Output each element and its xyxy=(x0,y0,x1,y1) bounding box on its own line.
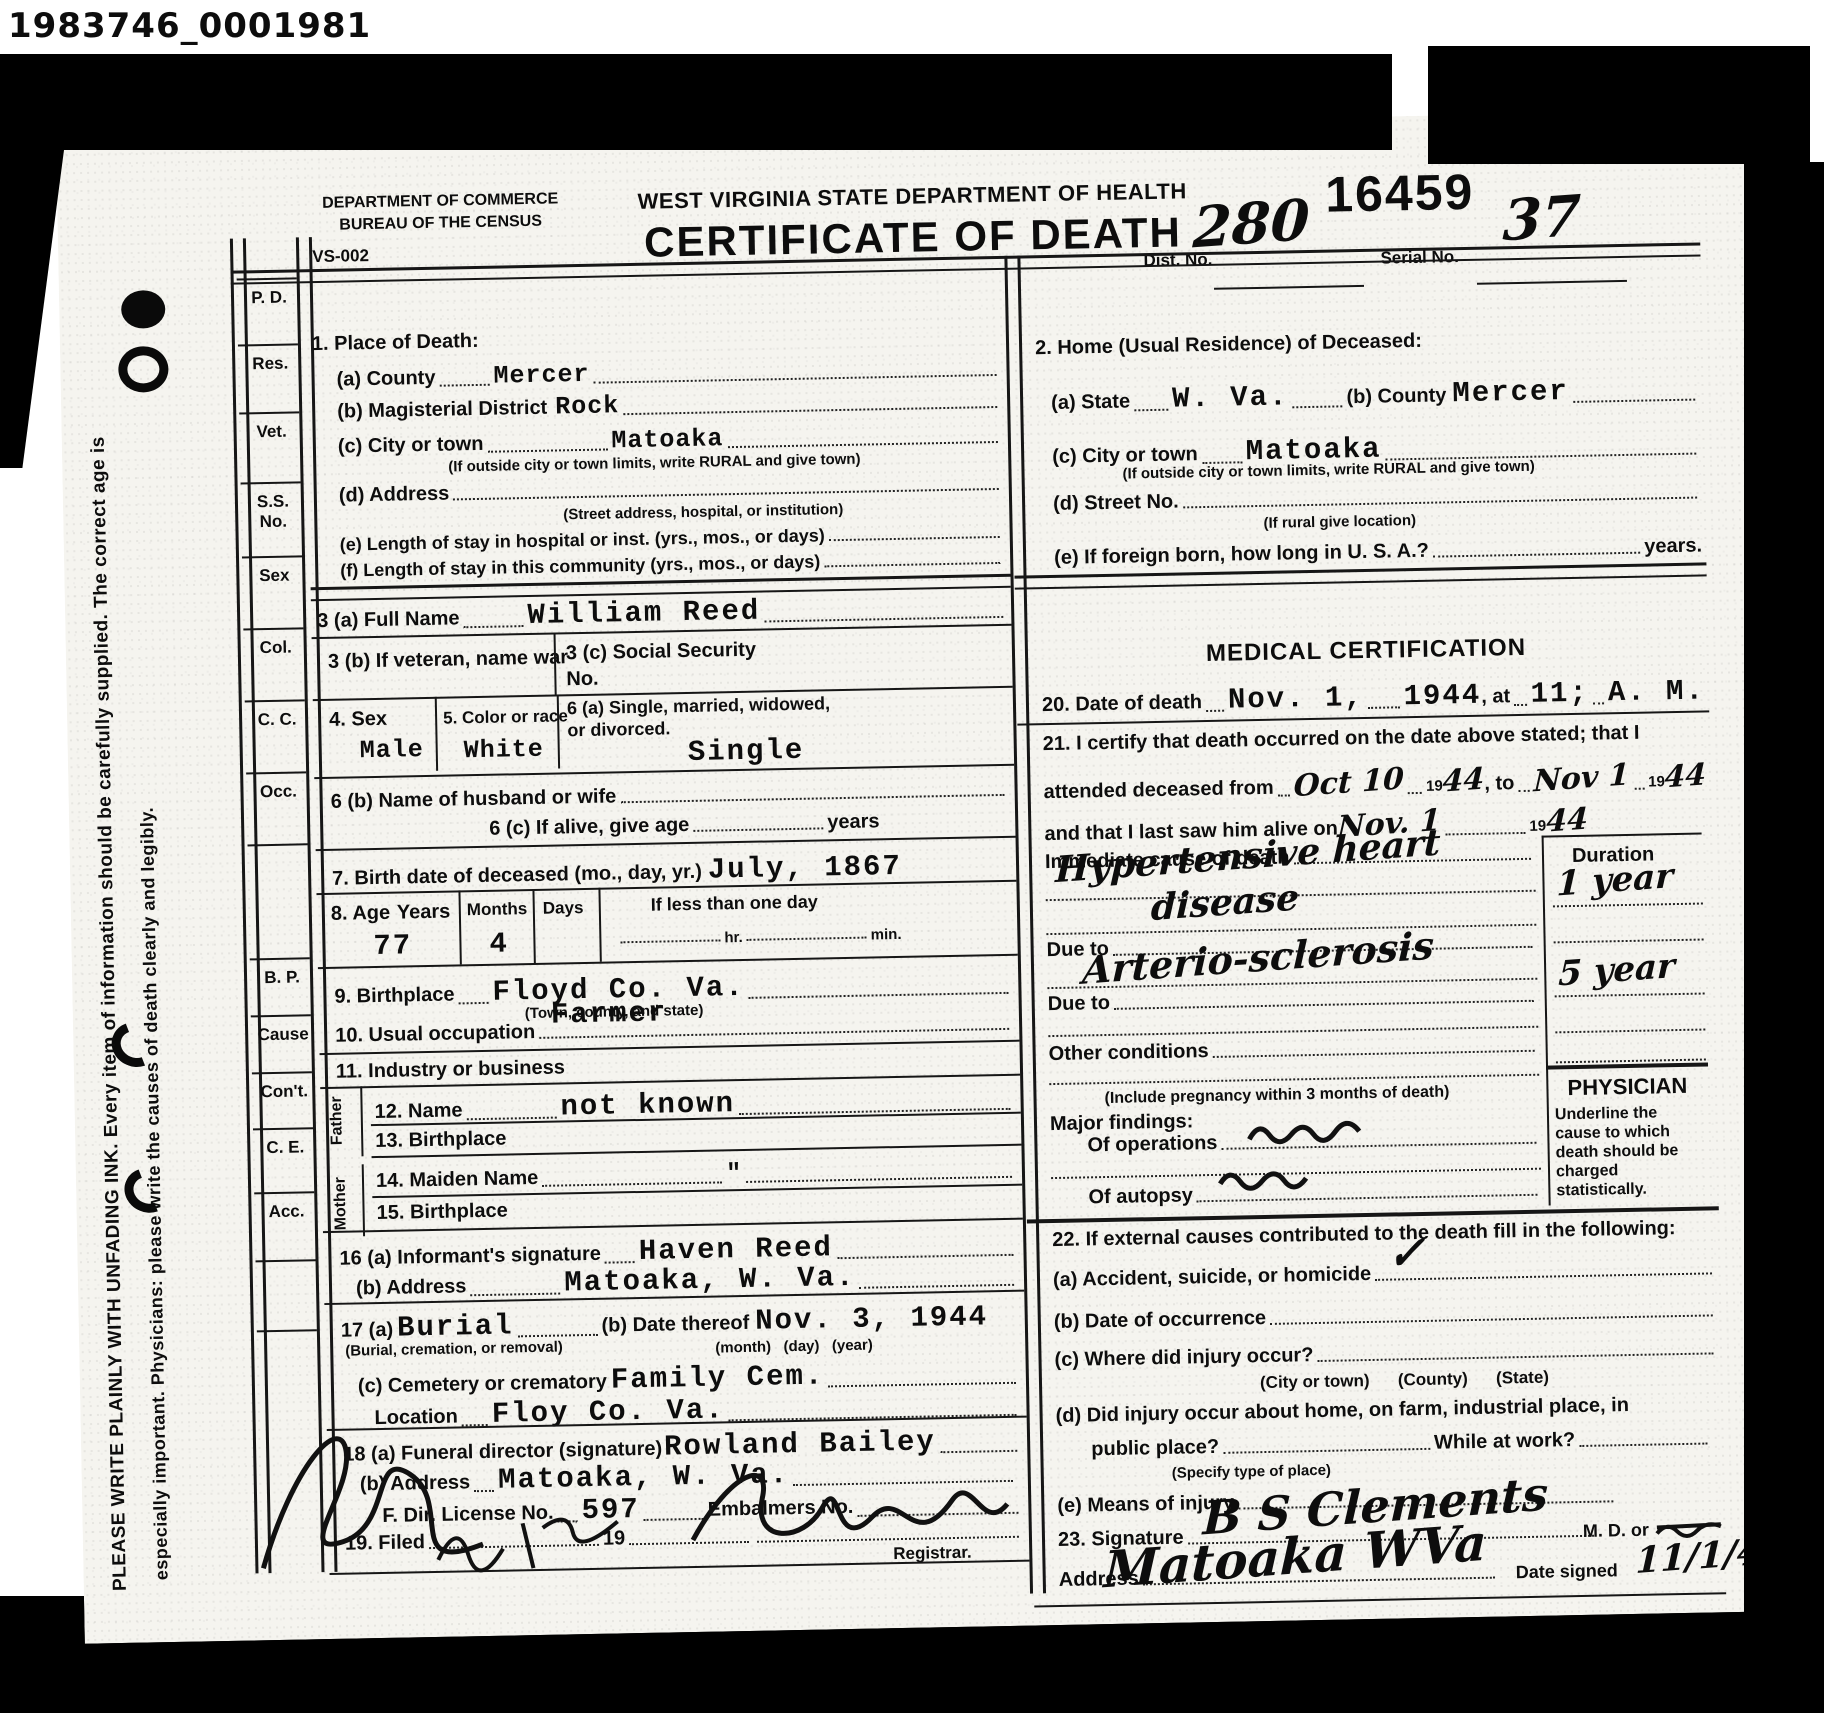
s22c-note: (City or town) (County) (State) xyxy=(1260,1368,1549,1394)
registrar-signature-scribble xyxy=(681,1444,1013,1570)
s20-at-label: , at xyxy=(1481,685,1510,709)
s1e-label: (e) Length of stay in hospital or inst. … xyxy=(340,525,825,555)
dotted-blank xyxy=(1197,1192,1538,1203)
s22a-label: (a) Accident, suicide, or homicide xyxy=(1053,1263,1372,1292)
s22b-row: (b) Date of occurrence xyxy=(1054,1298,1717,1334)
dotted-blank xyxy=(1408,790,1422,794)
stub-label-ssno: S.S. No. xyxy=(245,491,302,532)
s22d-line1: (d) Did injury occur about home, on farm… xyxy=(1055,1394,1629,1428)
s20-value: Nov. 1, xyxy=(1228,681,1364,717)
s15-label: 15. Birthplace xyxy=(376,1200,508,1226)
s17b-note: (month) (day) (year) xyxy=(715,1337,873,1357)
stub-label-cc: C. C. xyxy=(249,709,305,730)
s22c-label: (c) Where did injury occur? xyxy=(1054,1344,1313,1372)
dotted-blank xyxy=(1593,700,1604,704)
s7-value: July, 1867 xyxy=(708,850,903,887)
stub-label-bp: B. P. xyxy=(254,967,310,988)
dotted-blank xyxy=(1114,998,1534,1010)
s6a-value: Single xyxy=(688,734,805,769)
scan-black-band-top-right xyxy=(1428,46,1810,164)
s2ab-row: (a) State W. Va. (b) County Mercer xyxy=(1051,373,1700,418)
s17a-label: 17 (a) xyxy=(341,1319,394,1343)
of-operations-label: Of operations xyxy=(1087,1132,1217,1157)
date-signed-label: Date signed xyxy=(1516,1560,1618,1583)
scan-black-left-wedge xyxy=(0,150,64,468)
s8-hr-min-row: hr. min. xyxy=(616,924,1006,948)
s17c-value: Family Cem. xyxy=(611,1359,825,1396)
s17a-row: 17 (a) Burial (b) Date thereof Nov. 3, 1… xyxy=(341,1299,1042,1345)
serial-no-value-handwritten: 37 xyxy=(1502,183,1582,255)
s8-less-label: If less than one day xyxy=(651,892,818,916)
s6c-row: 6 (c) If alive, give age years xyxy=(489,810,880,840)
dotted-blank xyxy=(1317,1350,1713,1362)
s8-min-label: min. xyxy=(871,926,902,944)
stub-label-pd: P. D. xyxy=(241,287,297,308)
s6b-row: 6 (b) Name of husband or wife xyxy=(331,778,1009,814)
dotted-blank xyxy=(1206,708,1224,712)
dotted-blank xyxy=(1213,1048,1535,1058)
stub-label-occ: Occ. xyxy=(250,781,306,802)
s14-label: 14. Maiden Name xyxy=(376,1167,539,1193)
dotted-blank xyxy=(1579,1441,1707,1447)
dotted-blank xyxy=(1293,403,1343,408)
dotted-blank xyxy=(828,1380,1016,1388)
s6b-label: 6 (b) Name of husband or wife xyxy=(331,785,617,813)
s3a-value: William Reed xyxy=(527,595,760,632)
s8-age-label: 8. Age xyxy=(331,902,391,926)
s1d-label: (d) Address xyxy=(339,483,450,508)
dotted-blank xyxy=(1134,407,1168,412)
dotted-blank xyxy=(471,1291,561,1297)
s8-years-label: Years xyxy=(397,901,451,925)
s20-ampm: A. M. xyxy=(1608,674,1706,709)
s1f-label: (f) Length of stay in this community (yr… xyxy=(340,551,820,581)
s4-sex-label: 4. Sex xyxy=(329,708,387,732)
s2b-value: Mercer xyxy=(1452,375,1569,410)
s21-19a: 19 xyxy=(1426,777,1443,794)
s21-attended-row: attended deceased from Oct 10 19 44 , to… xyxy=(1043,758,1707,806)
s8-months-value: 4 xyxy=(489,927,509,960)
mother-rotated-label: Mother xyxy=(332,1177,351,1231)
s11-label: 11. Industry or business xyxy=(336,1056,565,1083)
s21-fromyr-handwritten: 44 xyxy=(1442,762,1485,800)
immediate-cause-handwritten-line2: disease xyxy=(1150,876,1300,929)
s12-row: 12. Name not known xyxy=(374,1082,1015,1127)
stub-label-res: Res. xyxy=(242,353,298,374)
s22d-line2-row: public place? While at work? xyxy=(1091,1426,1711,1461)
dotted-blank xyxy=(620,792,1004,803)
s1-heading: 1. Place of Death: xyxy=(312,330,479,356)
s17b-value: Nov. 3, 1944 xyxy=(755,1300,988,1337)
dotted-blank xyxy=(746,1174,1012,1183)
dotted-blank xyxy=(464,623,524,628)
s6a-label-line1: 6 (a) Single, married, widowed, xyxy=(567,693,830,719)
physician-heading: PHYSICIAN xyxy=(1548,1072,1706,1101)
s21-from-handwritten: Oct 10 xyxy=(1293,761,1404,804)
s1c-label: (c) City or town xyxy=(338,433,484,459)
dotted-blank xyxy=(1573,397,1695,403)
dotted-blank xyxy=(824,560,1000,567)
dotted-blank xyxy=(542,1179,722,1186)
header-dept-line2: BUREAU OF THE CENSUS xyxy=(305,212,575,235)
dotted-blank xyxy=(1446,830,1526,836)
dotted-blank xyxy=(539,1026,1009,1039)
stub-label-sex: Sex xyxy=(246,565,302,586)
stub-label-cause: Cause xyxy=(255,1024,311,1045)
dotted-blank xyxy=(1514,702,1527,706)
dotted-blank xyxy=(623,404,997,415)
s1a-label: (a) County xyxy=(336,367,435,392)
s20-label: 20. Date of death xyxy=(1042,691,1202,717)
s5-color-value: White xyxy=(463,735,544,766)
s8-hr-label: hr. xyxy=(724,929,743,946)
dotted-blank xyxy=(829,534,1000,541)
dotted-blank xyxy=(453,486,999,500)
s21-line1: 21. I certify that death occurred on the… xyxy=(1043,722,1640,756)
s22d-note: (Specify type of place) xyxy=(1172,1462,1332,1482)
dotted-blank xyxy=(1223,1446,1430,1454)
due-to-2-label: Due to xyxy=(1048,992,1111,1016)
dotted-blank xyxy=(1368,704,1400,709)
pregnancy-note: (Include pregnancy within 3 months of de… xyxy=(1104,1083,1449,1108)
duration-box-divider xyxy=(1542,836,1551,1206)
dotted-blank xyxy=(467,1115,557,1121)
s21-to-handwritten: Nov 1 xyxy=(1533,757,1630,799)
s12-label: 12. Name xyxy=(374,1099,462,1124)
duration-1-handwritten: 1 year xyxy=(1556,856,1674,905)
s14-row: 14. Maiden Name ″ xyxy=(376,1154,1016,1195)
dotted-blank xyxy=(693,825,823,831)
other-conditions-label: Other conditions xyxy=(1048,1040,1208,1066)
dotted-blank xyxy=(1634,786,1644,790)
of-autopsy-label: Of autopsy xyxy=(1088,1184,1193,1209)
s2d-row: (d) Street No. xyxy=(1053,480,1701,515)
dotted-blank xyxy=(1278,792,1290,796)
father-rotated-label: Father xyxy=(328,1096,347,1145)
autopsy-none-scribble xyxy=(1216,1159,1347,1193)
s2e-suffix: years. xyxy=(1644,534,1702,558)
death-certificate-sheet: PLEASE WRITE PLAINLY WITH UNFADING INK. … xyxy=(56,109,1785,1643)
s1b-value: Rock xyxy=(555,391,620,421)
stub-label-col: Col. xyxy=(248,637,304,658)
scan-id-label: 1983746_0001981 xyxy=(8,6,371,46)
s21-19c: 19 xyxy=(1529,818,1546,835)
stub-label-ce: C. E. xyxy=(257,1137,313,1158)
dotted-blank xyxy=(728,439,998,448)
s2d-note: (If rural give location) xyxy=(1263,512,1416,532)
stub-label-cont: Con't. xyxy=(256,1081,312,1102)
dotted-blank xyxy=(860,1282,1015,1289)
s1d-address-row: (d) Address xyxy=(339,472,1003,508)
dotted-blank xyxy=(1183,495,1697,509)
margin-instruction-line2: especially important. Physicians: please… xyxy=(127,320,172,1580)
s22-heading: 22. If external causes contributed to th… xyxy=(1052,1217,1676,1252)
s22d-while-at-work-label: While at work? xyxy=(1434,1429,1576,1455)
s2e-label: (e) If foreign born, how long in U. S. A… xyxy=(1054,540,1429,570)
s2d-label: (d) Street No. xyxy=(1053,491,1179,516)
s20-year: 1944 xyxy=(1403,679,1481,713)
stub-label-vet: Vet. xyxy=(243,421,299,442)
s1b-label: (b) Magisterial District xyxy=(337,397,547,424)
s1c-value: Matoaka xyxy=(611,424,724,455)
physician-note: Underline the cause to which death shoul… xyxy=(1555,1102,1709,1200)
s21-line2-label: attended deceased from xyxy=(1043,777,1273,804)
s3c-label2: No. xyxy=(566,668,599,692)
scan-black-right-column xyxy=(1744,162,1824,1713)
s21-to-label: , to xyxy=(1484,772,1514,796)
scan-black-band-bottom xyxy=(0,1654,1824,1713)
s4-sex-value: Male xyxy=(359,735,424,765)
s20-time: 11; xyxy=(1530,677,1589,711)
stub-label-acc: Acc. xyxy=(258,1201,314,1222)
s3a-label: 3 (a) Full Name xyxy=(317,607,460,633)
dotted-blank xyxy=(749,990,1009,999)
s17c-label: (c) Cemetery or crematory xyxy=(358,1371,607,1399)
s1d-note: (Street address, hospital, or institutio… xyxy=(563,501,843,523)
dotted-blank xyxy=(605,1259,635,1264)
s6c-suffix: years xyxy=(827,810,880,834)
s14-value: ″ xyxy=(726,1159,743,1188)
dotted-blank xyxy=(1433,550,1640,558)
s2b-label: (b) County xyxy=(1346,384,1446,409)
s9-label: 9. Birthplace xyxy=(334,984,454,1009)
s3c-label: 3 (c) Social Security xyxy=(566,639,756,666)
s22d-public-place-label: public place? xyxy=(1091,1436,1219,1461)
s1a-value: Mercer xyxy=(493,360,590,391)
dotted-blank xyxy=(459,1000,489,1005)
s6a-label-line2: or divorced. xyxy=(567,718,670,741)
dotted-blank xyxy=(620,937,720,943)
dotted-blank xyxy=(1375,1270,1712,1280)
dotted-blank xyxy=(764,614,1003,623)
s22b-label: (b) Date of occurrence xyxy=(1054,1307,1267,1334)
filed-date-scribble xyxy=(432,1511,623,1575)
s8-months-label: Months xyxy=(467,899,528,920)
dotted-blank xyxy=(594,372,997,384)
stamped-number: 16459 xyxy=(1325,163,1475,224)
s13-label: 13. Birthplace xyxy=(375,1128,507,1154)
s22a-checkmark-handwritten: ✓ xyxy=(1387,1227,1425,1281)
s17a-note: (Burial, cremation, or removal) xyxy=(345,1338,563,1359)
margin-instruction-line1: PLEASE WRITE PLAINLY WITH UNFADING INK. … xyxy=(85,291,132,1591)
medical-certification-heading: MEDICAL CERTIFICATION xyxy=(1146,633,1586,669)
scan-black-band-top-left xyxy=(0,54,1392,150)
s3b-label: 3 (b) If veteran, name war xyxy=(328,646,568,674)
dotted-blank xyxy=(747,935,867,941)
header-dept-line1: DEPARTMENT OF COMMERCE xyxy=(305,190,575,213)
dotted-blank xyxy=(1270,1312,1713,1324)
dotted-blank xyxy=(518,1332,598,1338)
s2a-label: (a) State xyxy=(1051,390,1130,415)
s21-toyr-handwritten: 44 xyxy=(1664,757,1707,795)
dotted-blank xyxy=(488,446,608,452)
operations-none-scribble xyxy=(1245,1113,1386,1150)
s22a-row: (a) Accident, suicide, or homicide xyxy=(1053,1256,1716,1292)
duration-2-handwritten: 5 year xyxy=(1558,946,1676,995)
form-number: VS-002 xyxy=(312,246,369,267)
s2a-value: W. Va. xyxy=(1172,380,1289,415)
s8-days-label: Days xyxy=(543,898,584,919)
s6c-label: 6 (c) If alive, give age xyxy=(489,814,689,841)
other-conditions-row: Other conditions xyxy=(1048,1034,1538,1066)
s10-label: 10. Usual occupation xyxy=(335,1021,535,1048)
s2-heading: 2. Home (Usual Residence) of Deceased: xyxy=(1035,330,1422,360)
dotted-blank xyxy=(1519,788,1531,792)
s21-19b: 19 xyxy=(1648,773,1665,790)
s8-years-value: 77 xyxy=(373,929,412,963)
dotted-blank xyxy=(440,382,490,387)
s22c-row: (c) Where did injury occur? xyxy=(1054,1336,1717,1372)
s16b-label: (b) Address xyxy=(356,1275,467,1300)
s17b-label: (b) Date thereof xyxy=(601,1312,749,1338)
s5-color-label: 5. Color or race xyxy=(443,706,568,728)
